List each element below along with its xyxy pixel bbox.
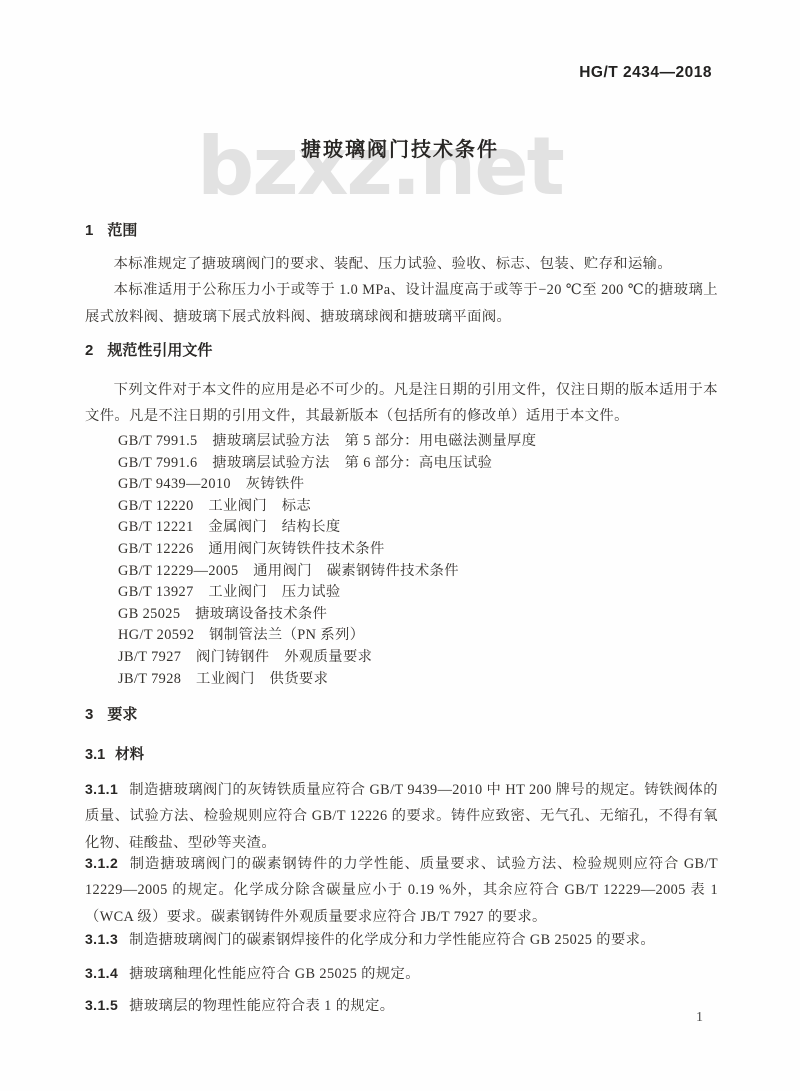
materials-subheading-label: 材料 xyxy=(115,747,144,763)
reference-item: JB/T 7928 工业阀门 供货要求 xyxy=(118,669,718,691)
normative-refs-list: GB/T 7991.5 搪玻璃层试验方法 第 5 部分：用电磁法测量厚度 GB/… xyxy=(85,431,718,690)
clause-text: 制造搪玻璃阀门的碳素钢焊接件的化学成分和力学性能应符合 GB 25025 的要求… xyxy=(129,932,655,948)
scope-paragraph-2: 本标准适用于公称压力小于或等于 1.0 MPa、设计温度高于或等于−20 ℃至 … xyxy=(85,277,718,330)
page-title: 搪玻璃阀门技术条件 xyxy=(0,133,800,162)
clause-number: 3.1.5 xyxy=(85,997,118,1013)
document-page: bzxz.net HG/T 2434—2018 搪玻璃阀门技术条件 1范围 本标… xyxy=(0,0,800,1091)
page-number: 1 xyxy=(696,1010,703,1026)
clause-number: 3.1.1 xyxy=(85,781,118,797)
scope-paragraphs: 本标准规定了搪玻璃阀门的要求、装配、压力试验、验收、标志、包装、贮存和运输。 本… xyxy=(85,251,718,330)
clause-3-1-3: 3.1.3制造搪玻璃阀门的碳素钢焊接件的化学成分和力学性能应符合 GB 2502… xyxy=(85,926,718,953)
clause-text: 制造搪玻璃阀门的碳素钢铸件的力学性能、质量要求、试验方法、检验规则应符合 GB/… xyxy=(85,856,718,925)
clause-number: 3.1.3 xyxy=(85,931,118,947)
scope-heading: 1范围 xyxy=(85,221,718,241)
normative-refs-heading-number: 2 xyxy=(85,342,93,359)
clause-text: 制造搪玻璃阀门的灰铸铁质量应符合 GB/T 9439—2010 中 HT 200… xyxy=(85,782,718,851)
reference-item: HG/T 20592 钢制管法兰（PN 系列） xyxy=(118,625,718,647)
scope-heading-number: 1 xyxy=(85,222,93,239)
normative-refs-heading: 2规范性引用文件 xyxy=(85,341,718,361)
normative-refs-intro: 下列文件对于本文件的应用是必不可少的。凡是注日期的引用文件，仅注日期的版本适用于… xyxy=(85,377,718,430)
normative-refs-heading-label: 规范性引用文件 xyxy=(107,342,212,359)
reference-item: GB/T 12220 工业阀门 标志 xyxy=(118,496,718,518)
materials-subheading-number: 3.1 xyxy=(85,747,105,763)
reference-item: JB/T 7927 阀门铸钢件 外观质量要求 xyxy=(118,647,718,669)
clause-number: 3.1.4 xyxy=(85,965,118,981)
scope-paragraph-1: 本标准规定了搪玻璃阀门的要求、装配、压力试验、验收、标志、包装、贮存和运输。 xyxy=(85,251,718,277)
clause-3-1-1: 3.1.1制造搪玻璃阀门的灰铸铁质量应符合 GB/T 9439—2010 中 H… xyxy=(85,776,718,856)
clause-3-1-5: 3.1.5搪玻璃层的物理性能应符合表 1 的规定。 xyxy=(85,992,718,1019)
reference-item: GB/T 12229—2005 通用阀门 碳素钢铸件技术条件 xyxy=(118,561,718,583)
scope-heading-label: 范围 xyxy=(107,222,137,239)
standard-code: HG/T 2434—2018 xyxy=(579,64,712,82)
clause-text: 搪玻璃釉理化性能应符合 GB 25025 的规定。 xyxy=(129,966,420,982)
materials-subheading: 3.1材料 xyxy=(85,745,718,765)
reference-item: GB/T 9439—2010 灰铸铁件 xyxy=(118,474,718,496)
reference-item: GB 25025 搪玻璃设备技术条件 xyxy=(118,604,718,626)
clause-text: 搪玻璃层的物理性能应符合表 1 的规定。 xyxy=(129,998,394,1014)
reference-item: GB/T 13927 工业阀门 压力试验 xyxy=(118,582,718,604)
clause-number: 3.1.2 xyxy=(85,855,118,871)
reference-item: GB/T 12221 金属阀门 结构长度 xyxy=(118,517,718,539)
requirements-heading-number: 3 xyxy=(85,706,93,723)
reference-item: GB/T 12226 通用阀门灰铸铁件技术条件 xyxy=(118,539,718,561)
clause-3-1-2: 3.1.2制造搪玻璃阀门的碳素钢铸件的力学性能、质量要求、试验方法、检验规则应符… xyxy=(85,850,718,930)
requirements-heading-label: 要求 xyxy=(107,706,137,723)
clause-3-1-4: 3.1.4搪玻璃釉理化性能应符合 GB 25025 的规定。 xyxy=(85,960,718,987)
reference-item: GB/T 7991.5 搪玻璃层试验方法 第 5 部分：用电磁法测量厚度 xyxy=(118,431,718,453)
normative-refs-intro-paragraph: 下列文件对于本文件的应用是必不可少的。凡是注日期的引用文件，仅注日期的版本适用于… xyxy=(85,377,718,430)
reference-item: GB/T 7991.6 搪玻璃层试验方法 第 6 部分：高电压试验 xyxy=(118,453,718,475)
requirements-heading: 3要求 xyxy=(85,705,718,725)
